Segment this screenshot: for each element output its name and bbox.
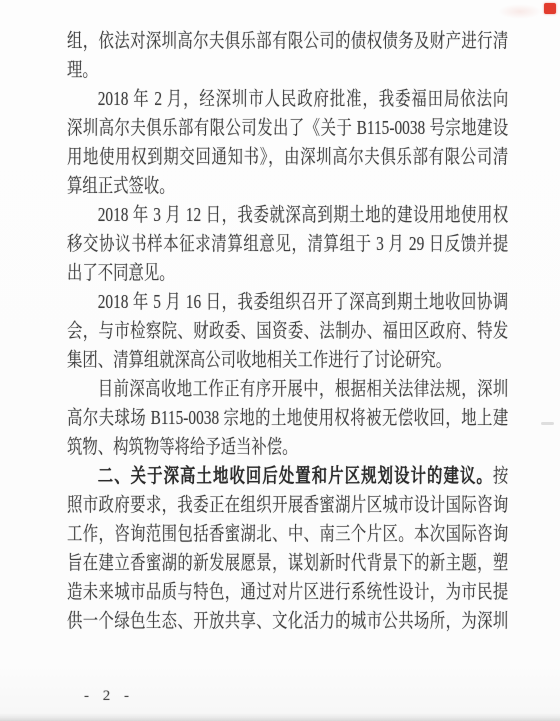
body-text: 目前深高收地工作正有序开展中，根据相关法律法规，深圳 <box>98 379 509 400</box>
scan-smudge <box>498 4 542 19</box>
body-text: 筑物、构筑物等将给予适当补偿。 <box>67 437 298 458</box>
text-line: 工作，咨询范围包括香蜜湖北、中、南三个片区。本次国际咨询 <box>67 520 508 549</box>
text-line: 高尔夫球场 B115-0038 宗地的土地使用权将被无偿收回，地上建 <box>67 404 508 433</box>
document-body: 组，依法对深圳高尔夫俱乐部有限公司的债权债务及财产进行清理。2018 年 2 月… <box>67 27 508 636</box>
body-text: 集团、清算组就深高公司收地相关工作进行了讨论研究。 <box>67 350 451 371</box>
text-line: 2018 年 3 月 12 日，我委就深高到期土地的建设用地使用权 <box>67 201 508 230</box>
body-text: 旨在建立香蜜湖的新发展愿景，谋划新时代背景下的新主题，塑 <box>67 553 508 574</box>
body-text: 组，依法对深圳高尔夫俱乐部有限公司的债权债务及财产进行清 <box>67 31 508 52</box>
text-line: 2018 年 5 月 16 日，我委组织召开了深高到期土地收回协调 <box>67 288 508 317</box>
body-text: 会，与市检察院、财政委、国资委、法制办、福田区政府、特发 <box>67 321 508 342</box>
heading-bold-text: 二、关于深高土地收回后处置和片区规划设计的建议。 <box>98 465 493 487</box>
body-text: 理。 <box>67 60 98 81</box>
body-text: 供一个绿色生态、开放共享、文化活力的城市公共场所，为深圳 <box>67 611 508 632</box>
body-text: 出了不同意见。 <box>67 263 175 284</box>
text-line: 移交协议书样本征求清算组意见，清算组于 3 月 29 日反馈并提 <box>67 230 508 259</box>
text-line: 旨在建立香蜜湖的新发展愿景，谋划新时代背景下的新主题，塑 <box>67 549 508 578</box>
red-corner-mark <box>544 3 556 14</box>
text-line: 会，与市检察院、财政委、国资委、法制办、福田区政府、特发 <box>67 317 508 346</box>
body-text: 2018 年 2 月，经深圳市人民政府批准，我委福田局依法向 <box>98 89 509 110</box>
text-line: 造未来城市品质与特色，通过对片区进行系统性设计，为市民提 <box>67 578 508 607</box>
text-line: 照市政府要求，我委正在组织开展香蜜湖片区城市设计国际咨询 <box>67 491 508 520</box>
text-line: 算组正式签收。 <box>67 172 508 201</box>
body-text: 工作，咨询范围包括香蜜湖北、中、南三个片区。本次国际咨询 <box>67 524 508 545</box>
text-line: 2018 年 2 月，经深圳市人民政府批准，我委福田局依法向 <box>67 85 508 114</box>
body-text: 造未来城市品质与特色，通过对片区进行系统性设计，为市民提 <box>67 582 508 603</box>
text-line: 用地使用权到期交回通知书》，由深圳高尔夫俱乐部有限公司清 <box>67 143 508 172</box>
text-line: 筑物、构筑物等将给予适当补偿。 <box>67 433 508 462</box>
scan-edge-bottom <box>0 713 560 721</box>
body-text: 算组正式签收。 <box>67 176 175 197</box>
body-text: 照市政府要求，我委正在组织开展香蜜湖片区城市设计国际咨询 <box>67 495 508 516</box>
text-line: 集团、清算组就深高公司收地相关工作进行了讨论研究。 <box>67 346 508 375</box>
scan-artifact <box>541 422 554 425</box>
body-text: 用地使用权到期交回通知书》，由深圳高尔夫俱乐部有限公司清 <box>67 147 508 168</box>
text-line: 供一个绿色生态、开放共享、文化活力的城市公共场所，为深圳 <box>67 607 508 636</box>
text-line: 深圳高尔夫俱乐部有限公司发出了《关于 B115-0038 号宗地建设 <box>67 114 508 143</box>
body-text: 深圳高尔夫俱乐部有限公司发出了《关于 B115-0038 号宗地建设 <box>67 118 508 139</box>
text-line: 组，依法对深圳高尔夫俱乐部有限公司的债权债务及财产进行清 <box>67 27 508 56</box>
body-text: 2018 年 5 月 16 日，我委组织召开了深高到期土地收回协调 <box>98 292 509 313</box>
body-text: 2018 年 3 月 12 日，我委就深高到期土地的建设用地使用权 <box>98 205 509 226</box>
text-line: 理。 <box>67 56 508 85</box>
text-line: 二、关于深高土地收回后处置和片区规划设计的建议。按 <box>67 462 508 491</box>
scanned-document-page: 组，依法对深圳高尔夫俱乐部有限公司的债权债务及财产进行清理。2018 年 2 月… <box>0 0 560 721</box>
text-line: 目前深高收地工作正有序开展中，根据相关法律法规，深圳 <box>67 375 508 404</box>
text-line: 出了不同意见。 <box>67 259 508 288</box>
body-text: 高尔夫球场 B115-0038 宗地的土地使用权将被无偿收回，地上建 <box>67 408 508 429</box>
page-number: - 2 - <box>84 688 134 705</box>
body-text: 移交协议书样本征求清算组意见，清算组于 3 月 29 日反馈并提 <box>67 234 508 255</box>
body-text: 按 <box>493 466 508 487</box>
